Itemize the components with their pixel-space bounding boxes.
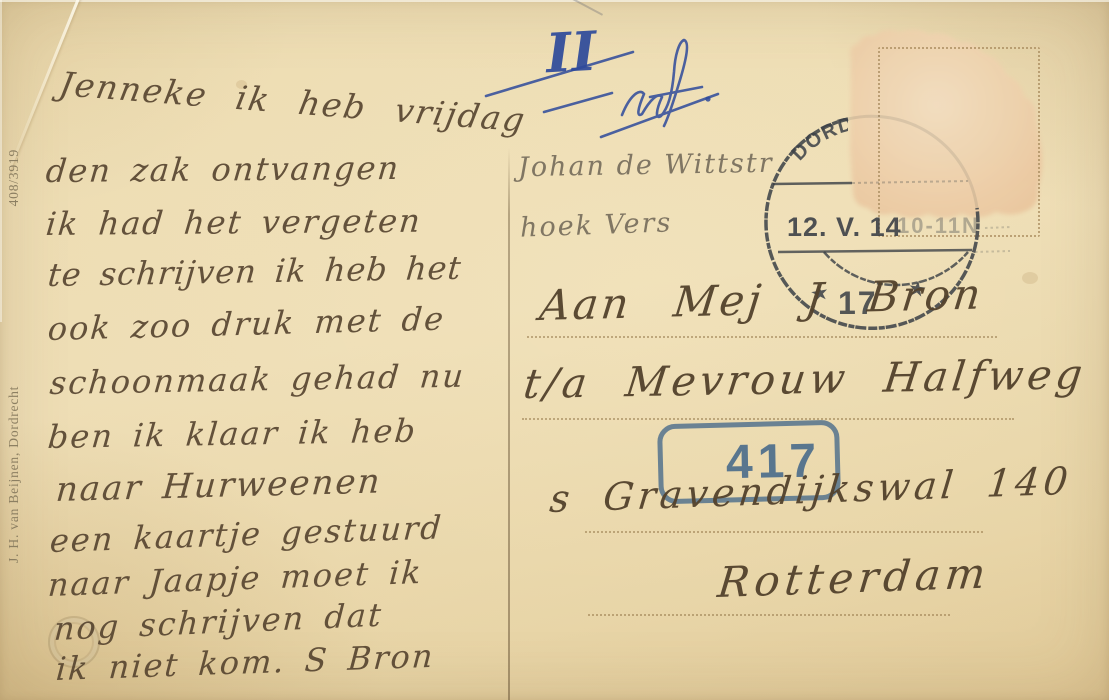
postcard-back: J. H. van Beijnen, Dordrecht 408/3919 Je… — [0, 0, 1109, 700]
blue-ink-marks — [0, 0, 1109, 700]
blue-underline-stroke — [544, 93, 612, 112]
postcard-scan: J. H. van Beijnen, Dordrecht 408/3919 Je… — [0, 0, 1109, 700]
blue-ink-dot — [705, 96, 710, 101]
blue-underline-stroke — [486, 52, 633, 96]
